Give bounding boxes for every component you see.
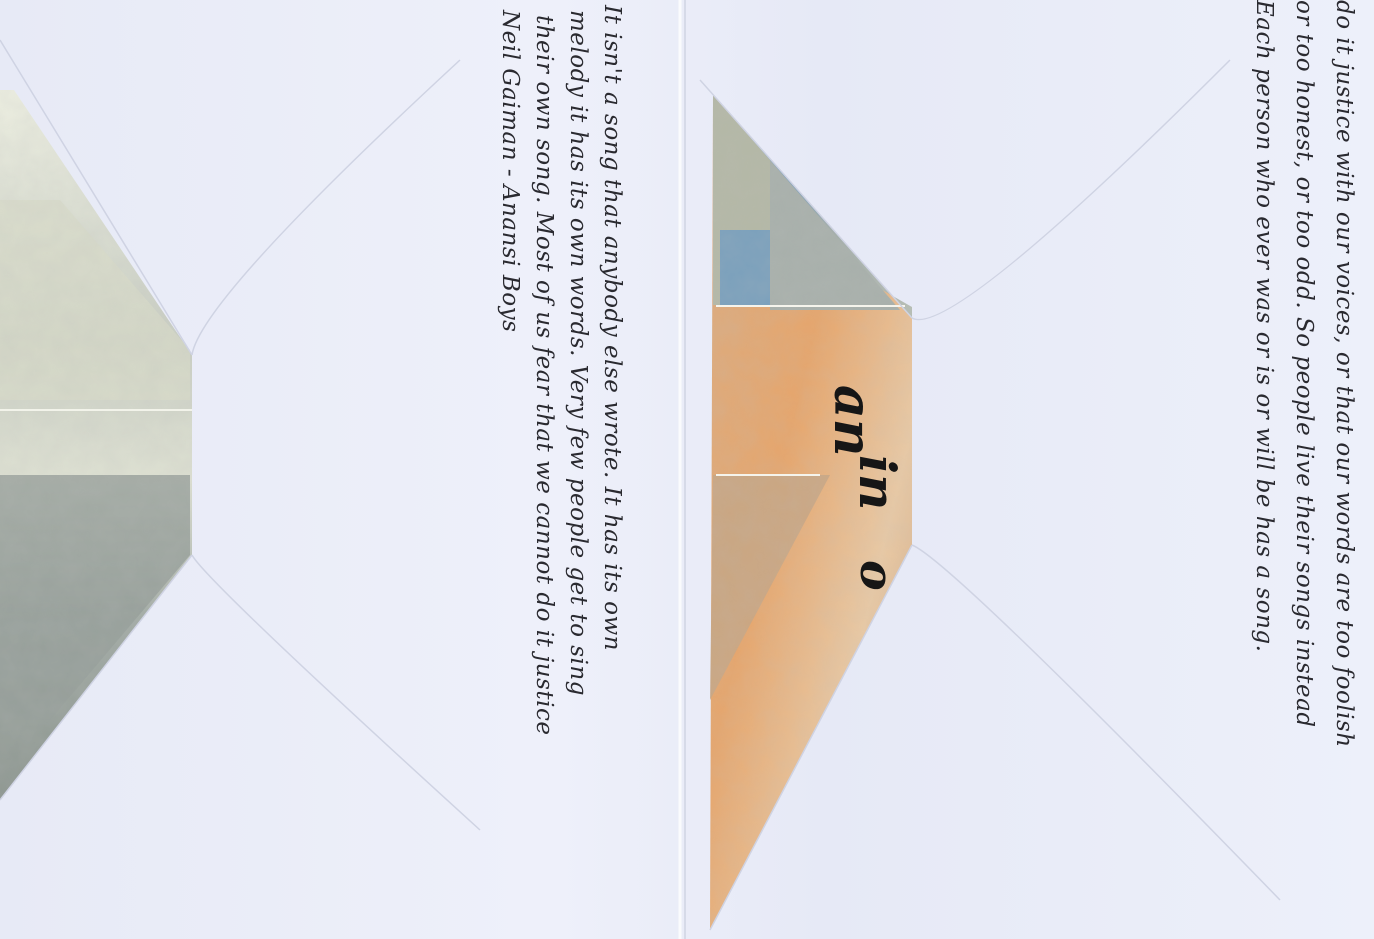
handwritten-quote-left: It isn't a song that anybody else wrote.… xyxy=(492,0,628,939)
envelope-collage-shapes xyxy=(0,0,1374,939)
quote-line: It isn't a song that anybody else wrote.… xyxy=(594,0,628,939)
quote-attribution: Neil Gaiman - Anansi Boys xyxy=(492,0,526,939)
handwritten-quote-right: do it justice with our voices, or that o… xyxy=(1240,0,1360,939)
envelope-art-photo: an in o It isn't a song that anybody els… xyxy=(0,0,1374,939)
collage-text-fragment: an xyxy=(822,385,883,457)
collage-text-fragment: o xyxy=(850,560,904,591)
quote-line: or too honest, or too odd. So people liv… xyxy=(1280,0,1320,939)
quote-line: Each person who ever was or is or will b… xyxy=(1240,0,1280,939)
collage-text-fragment: in xyxy=(848,455,907,510)
quote-line: their own song. Most of us fear that we … xyxy=(526,0,560,939)
quote-line: melody it has its own words. Very few pe… xyxy=(560,0,594,939)
center-collage xyxy=(710,95,912,930)
quote-line: do it justice with our voices, or that o… xyxy=(1320,0,1360,939)
